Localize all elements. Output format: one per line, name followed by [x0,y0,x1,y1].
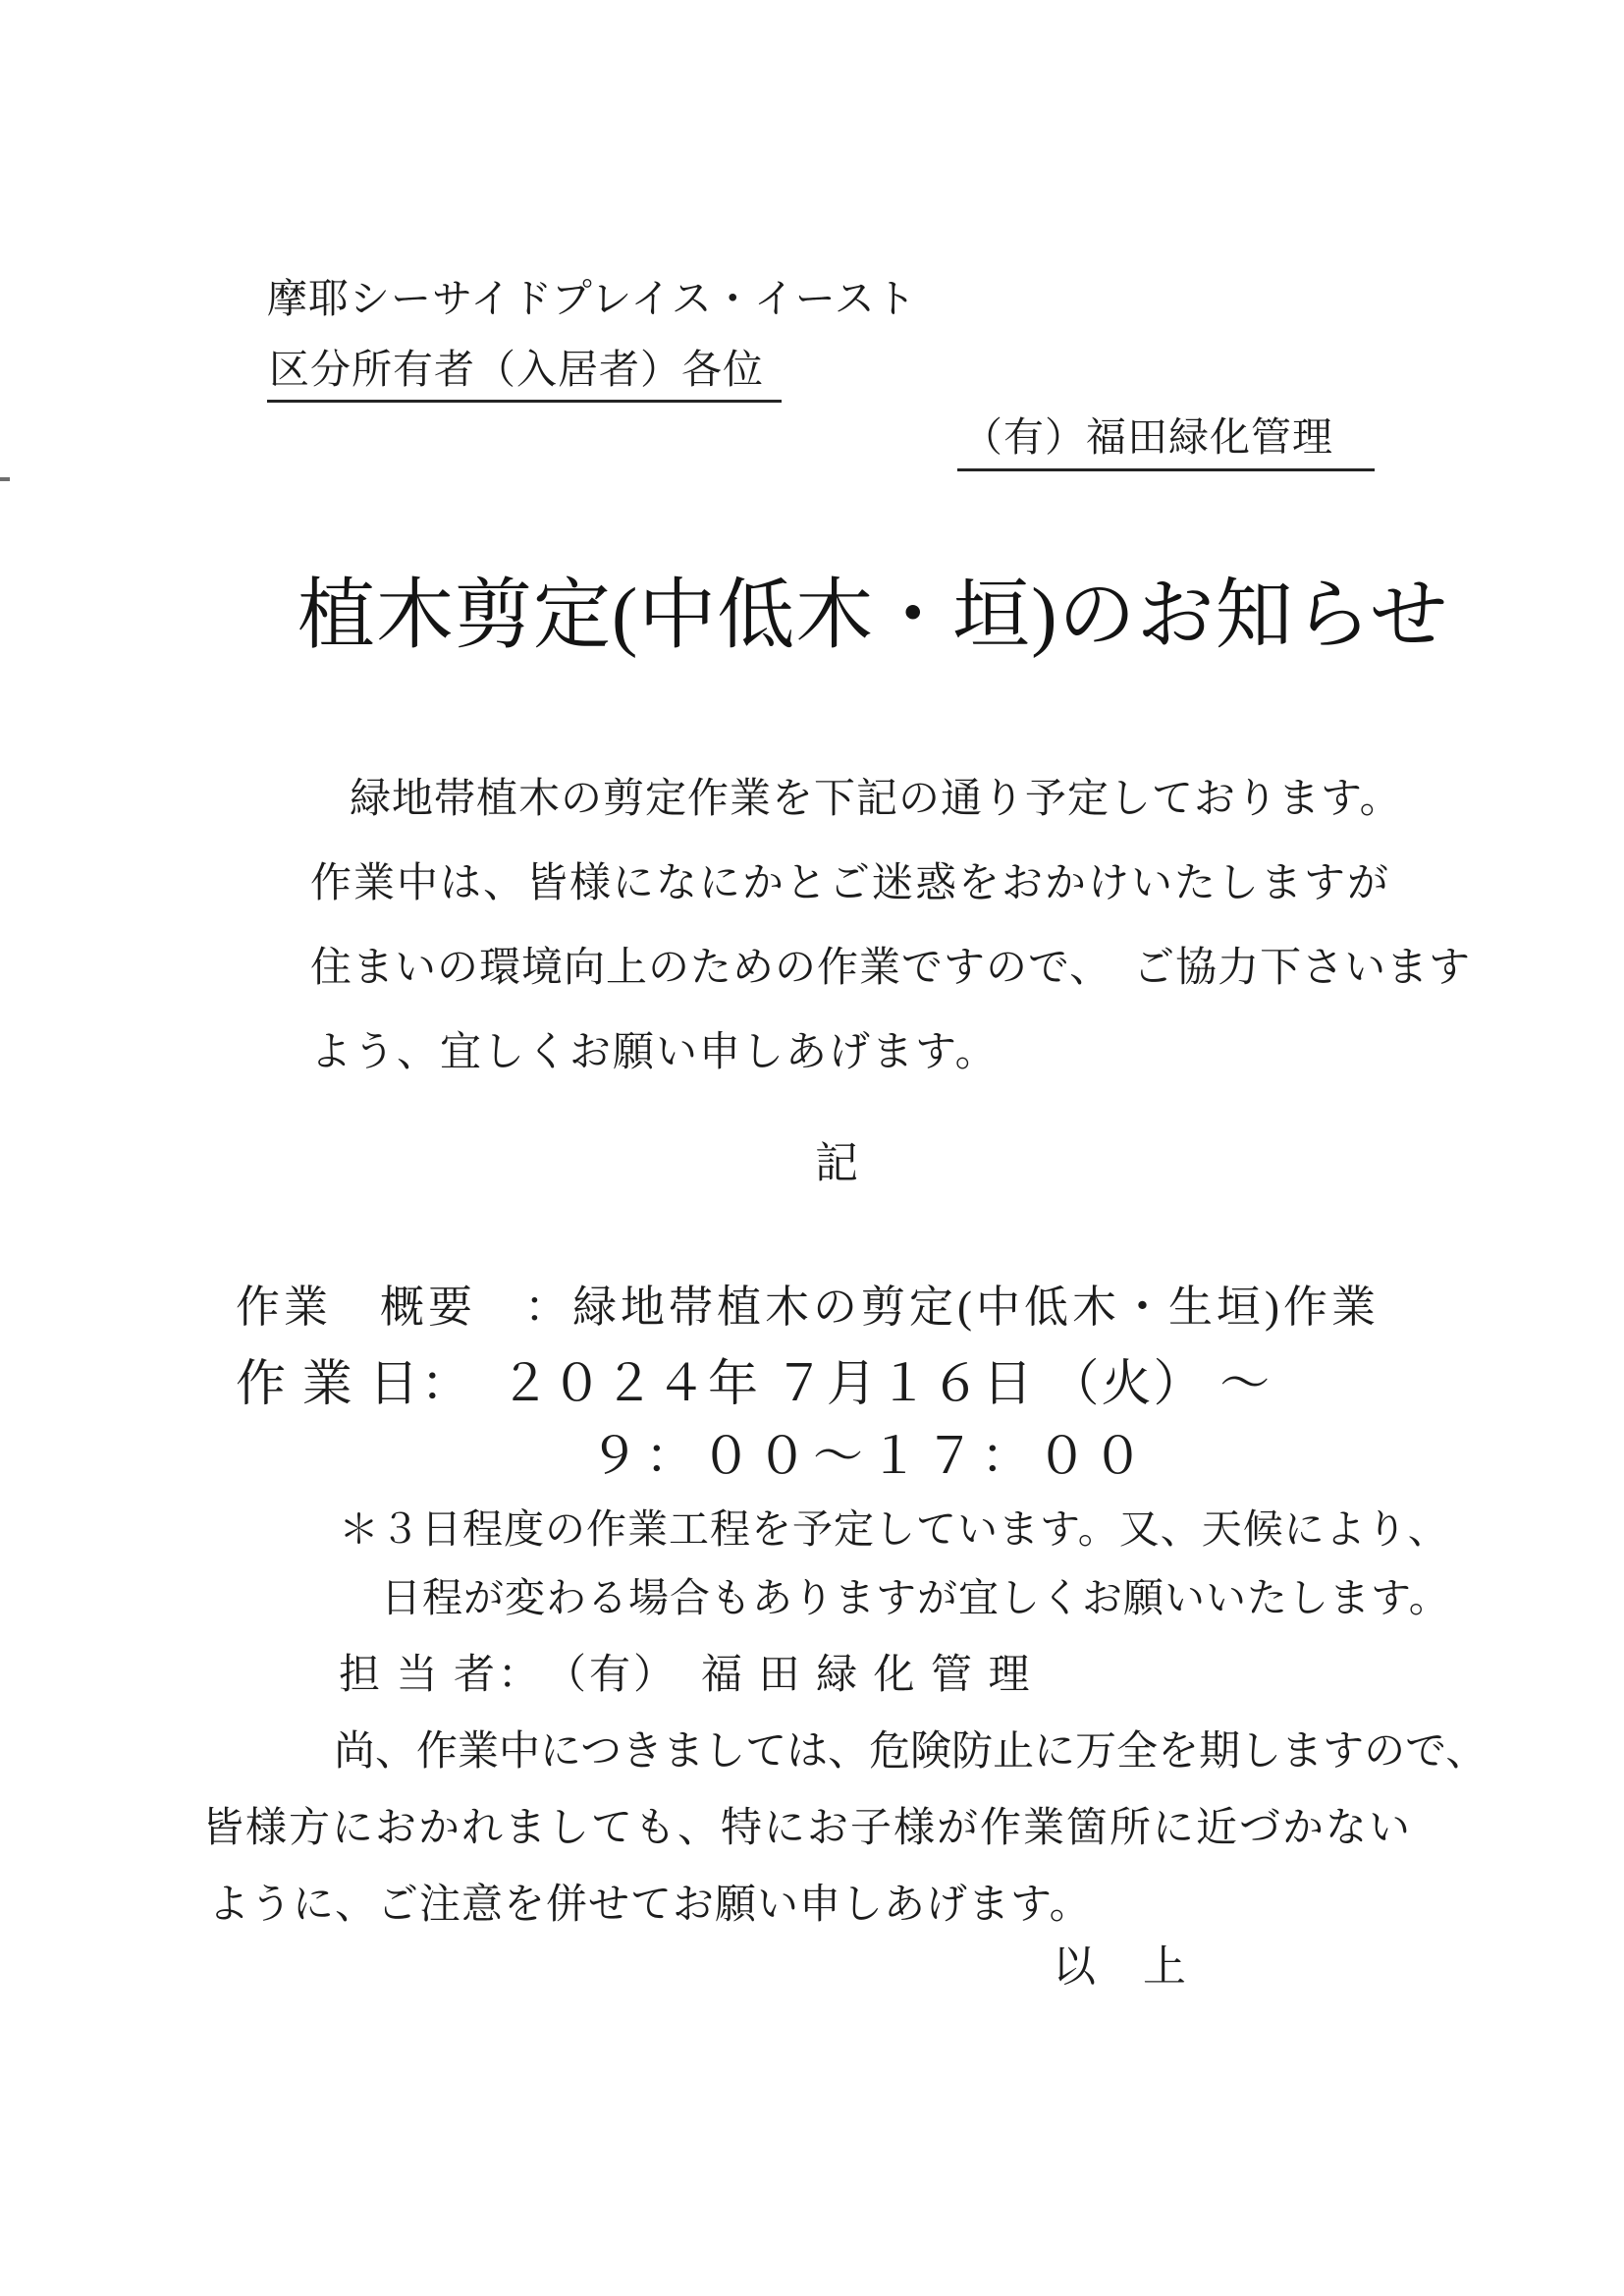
staff-in-charge-line: 担 当 者： （有） 福 田 緑 化 管 理 [339,1652,1033,1699]
schedule-note-line-2: 日程が変わる場合もありますが宜しくお願いいたします。 [381,1575,1450,1621]
work-overview-line: 作業 概要 ：緑地帯植木の剪定(中低木・生垣)作業 [236,1283,1380,1334]
greeting-line-1: 緑地帯植木の剪定作業を下記の通り予定しております。 [350,776,1402,823]
safety-caution-line-1: 尚、作業中につきましては、危険防止に万全を期しますので、 [334,1728,1487,1776]
addressee-residents-line: 区分所有者（入居者）各位 [267,347,782,403]
addressee-building-name: 摩耶シーサイドプレイス・イースト [267,276,917,322]
notice-title: 植木剪定(中低木・垣)のお知らせ [298,573,1448,662]
greeting-line-3: 住まいの環境向上のための作業ですので、 ご協力下さいます [310,945,1471,992]
work-date-line: 作 業 日： ２０２４年 ７月１６日 （火） ～ [236,1356,1272,1414]
work-hours-line: ９：００～１７：００ [589,1429,1149,1487]
scan-edge-artifact [0,477,10,481]
schedule-note-line-1: ＊３日程度の作業工程を予定しています。又、天候により、 [339,1506,1449,1553]
greeting-line-4: よう、宜しくお願い申しあげます。 [310,1029,999,1076]
greeting-line-2: 作業中は、皆様になにかとご迷惑をおかけいたしますが [310,860,1390,907]
sender-company-name: （有）福田緑化管理 [957,414,1375,471]
notice-document-page: 摩耶シーサイドプレイス・イースト 区分所有者（入居者）各位 （有）福田緑化管理 … [0,0,1624,2296]
safety-caution-line-3: ように、ご注意を併せてお願い申しあげます。 [208,1882,1092,1929]
record-marker: 記 [815,1139,858,1189]
safety-caution-line-2: 皆様方におかれましても、特にお子様が作業箇所に近づかない [202,1805,1412,1852]
closing-ijou: 以 上 [1053,1942,1188,1993]
